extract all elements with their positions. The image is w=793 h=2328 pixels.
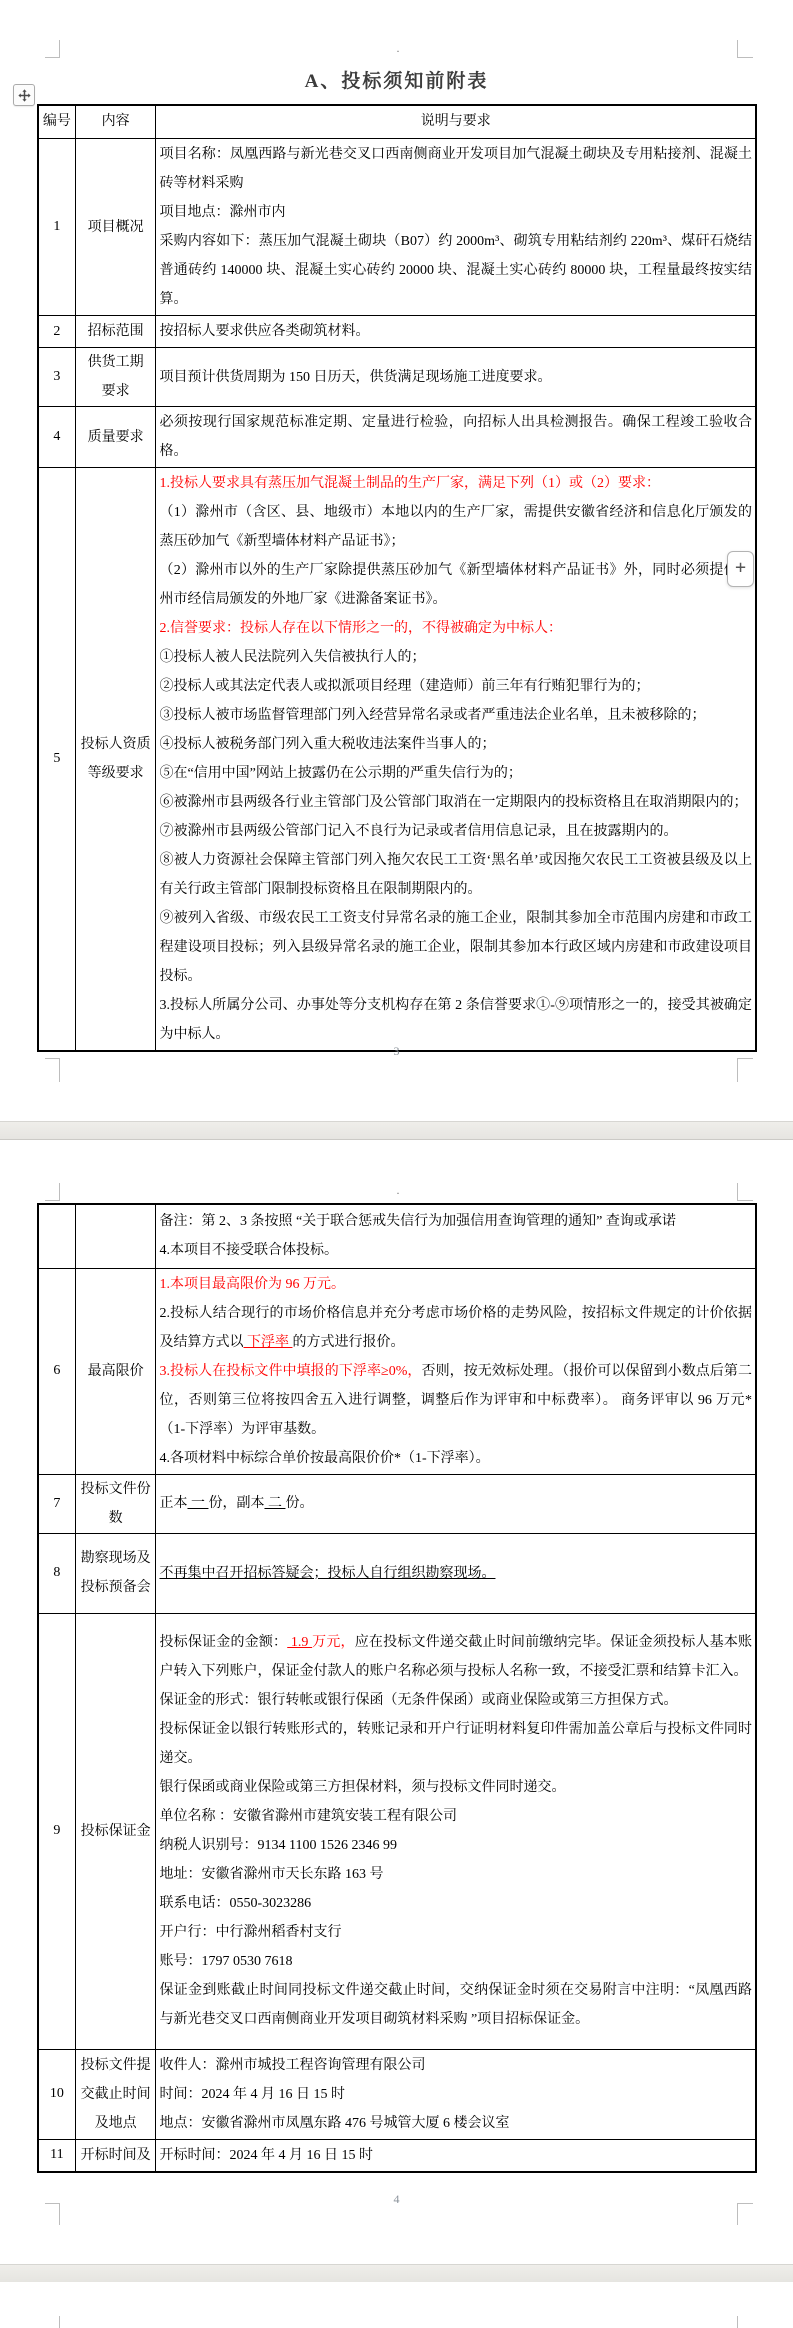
- row-label: [75, 1204, 156, 1268]
- text-segment: 3.投标人所属分公司、办事处等分支机构存在第 2 条信誉要求①-⑨项情形之一的，…: [159, 998, 752, 1042]
- table-row: 5投标人资质 等级要求1.投标人要求具有蒸压加气混凝土制品的生产厂家，满足下列（…: [38, 468, 756, 1052]
- bid-notice-table-continued: 备注：第 2、3 条按照 “关于联合惩戒失信行为加强信用查询管理的通知” 查询或…: [37, 1203, 757, 2173]
- text-segment: ③投标人被市场监督管理部门列入经营异常名录或者严重违法企业名单，且未被移除的；: [159, 708, 705, 723]
- page-separator: [0, 2264, 793, 2283]
- highlighted-red-text: 2.信誉要求：投标人存在以下情形之一的，不得被确定为中标人：: [159, 621, 562, 636]
- text-segment: 份。: [285, 1496, 313, 1511]
- content-paragraph: ⑤在“信用中国”网站上披露仍在公示期的严重失信行为的；: [159, 759, 752, 788]
- content-paragraph: 联系电话：0550-3023286: [159, 1889, 752, 1918]
- highlighted-red-text: 1.投标人要求具有蒸压加气混凝土制品的生产厂家，满足下列（1）或（2）要求：: [159, 476, 660, 491]
- crop-mark: [737, 40, 738, 57]
- page-number: 4: [0, 2192, 793, 2207]
- row-number: 4: [38, 407, 75, 468]
- highlighted-red-text: 1.9: [287, 1635, 312, 1650]
- row-description: 开标时间：2024 年 4 月 16 日 15 时: [156, 2139, 756, 2172]
- crop-mark: [737, 57, 753, 58]
- content-paragraph: 2.信誉要求：投标人存在以下情形之一的，不得被确定为中标人：: [159, 614, 752, 643]
- content-paragraph: 时间：2024 年 4 月 16 日 15 时: [159, 2080, 752, 2109]
- text-segment: 必须按现行国家规范标准定期、定量进行检验，向招标人出具检测报告。确保工程竣工验收…: [159, 415, 752, 459]
- table-row: 10投标文件提 交截止时间 及地点收件人：滁州市城投工程咨询管理有限公司时间：2…: [38, 2049, 756, 2139]
- content-paragraph: ⑥被滁州市县两级各行业主管部门及公管部门取消在一定期限内的投标资格且在取消期限内…: [159, 788, 752, 817]
- stray-dot: .: [392, 42, 404, 54]
- text-segment: ⑥被滁州市县两级各行业主管部门及公管部门取消在一定期限内的投标资格且在取消期限内…: [159, 795, 747, 810]
- content-paragraph: 地址：安徽省滁州市天长东路 163 号: [159, 1860, 752, 1889]
- text-segment: （2）滁州市以外的生产厂家除提供蒸压砂加气《新型墙体材料产品证书》外，同时必须提…: [159, 563, 752, 607]
- row-label: 投标保证金: [75, 1613, 156, 2049]
- text-segment: 二: [264, 1496, 285, 1511]
- text-segment: 单位名称 ：安徽省滁州市建筑安装工程有限公司: [159, 1809, 457, 1824]
- text-segment: 纳税人识别号：9134 1100 1526 2346 99: [159, 1838, 396, 1853]
- page-title: A、投标须知前附表: [0, 66, 793, 93]
- content-paragraph: 投标保证金以银行转账形式的，转账记录和开户行证明材料复印件需加盖公章后与投标文件…: [159, 1715, 752, 1773]
- page-number: 3: [0, 1044, 793, 1059]
- content-paragraph: 开户行：中行滁州稻香村支行: [159, 1918, 752, 1947]
- text-segment: ⑤在“信用中国”网站上披露仍在公示期的严重失信行为的；: [159, 766, 521, 781]
- content-paragraph: 开标时间：2024 年 4 月 16 日 15 时: [159, 2141, 752, 2170]
- content-paragraph: ⑧被人力资源社会保障主管部门列入拖欠农民工工资‘黑名单’或因拖欠农民工工资被县级…: [159, 846, 752, 904]
- text-segment: 一: [187, 1496, 208, 1511]
- table-row: 9投标保证金投标保证金的金额： 1.9 万元，应在投标文件递交截止时间前缴纳完毕…: [38, 1613, 756, 2049]
- row-label: 质量要求: [75, 407, 156, 468]
- content-paragraph: 4.本项目不接受联合体投标。: [159, 1236, 752, 1265]
- crop-mark: [737, 1058, 738, 1082]
- text-segment: ②投标人或其法定代表人或拟派项目经理（建造师）前三年有行贿犯罪行为的；: [159, 679, 649, 694]
- content-paragraph: 2.投标人结合现行的市场价格信息并充分考虑市场价格的走势风险，按招标文件规定的计…: [159, 1299, 752, 1357]
- crop-mark: [59, 2316, 60, 2328]
- text-segment: 项目名称：凤凰西路与新光巷交叉口西南侧商业开发项目加气混凝土砌块及专用粘接剂、混…: [159, 147, 752, 191]
- highlighted-red-text: 万元，: [312, 1635, 355, 1650]
- text-segment: 地址：安徽省滁州市天长东路 163 号: [159, 1867, 383, 1882]
- row-description: 收件人：滁州市城投工程咨询管理有限公司时间：2024 年 4 月 16 日 15…: [156, 2049, 756, 2139]
- text-segment: ⑦被滁州市县两级公管部门记入不良行为记录或者信用信息记录，且在披露期内的。: [159, 824, 677, 839]
- content-paragraph: 4.各项材料中标综合单价按最高限价价*（1-下浮率）。: [159, 1444, 752, 1473]
- row-number: 8: [38, 1533, 75, 1613]
- table-row: 7投标文件份 数正本 一 份，副本 二 份。: [38, 1474, 756, 1533]
- row-description: 1.本项目最高限价为 96 万元。2.投标人结合现行的市场价格信息并充分考虑市场…: [156, 1268, 756, 1474]
- crop-mark: [737, 2316, 738, 2328]
- row-label: 勘察现场及 投标预备会: [75, 1533, 156, 1613]
- text-segment: 联系电话：0550-3023286: [159, 1896, 311, 1911]
- row-description: 投标保证金的金额： 1.9 万元，应在投标文件递交截止时间前缴纳完毕。保证金须投…: [156, 1613, 756, 2049]
- text-segment: 的方式进行报价。: [292, 1335, 404, 1350]
- row-label: 招标范围: [75, 316, 156, 348]
- text-segment: 项目地点：滁州市内: [159, 205, 285, 220]
- content-paragraph: ⑨被列入省级、市级农民工工资支付异常名录的施工企业，限制其参加全市范围内房建和市…: [159, 904, 752, 991]
- row-number: 7: [38, 1474, 75, 1533]
- row-number: 3: [38, 348, 75, 407]
- table-row: 6最高限价1.本项目最高限价为 96 万元。2.投标人结合现行的市场价格信息并充…: [38, 1268, 756, 1474]
- content-paragraph: 1.本项目最高限价为 96 万元。: [159, 1270, 752, 1299]
- row-number: 2: [38, 316, 75, 348]
- content-paragraph: 3.投标人所属分公司、办事处等分支机构存在第 2 条信誉要求①-⑨项情形之一的，…: [159, 991, 752, 1049]
- content-paragraph: （1）滁州市（含区、县、地级市）本地以内的生产厂家，需提供安徽省经济和信息化厅颁…: [159, 498, 752, 556]
- content-paragraph: 地点：安徽省滁州市凤凰东路 476 号城管大厦 6 楼会议室: [159, 2109, 752, 2138]
- text-segment: 账号：1797 0530 7618: [159, 1954, 292, 1969]
- content-paragraph: 收件人：滁州市城投工程咨询管理有限公司: [159, 2051, 752, 2080]
- table-row: 8勘察现场及 投标预备会不再集中召开招标答疑会；投标人自行组织勘察现场。: [38, 1533, 756, 1613]
- content-paragraph: 纳税人识别号：9134 1100 1526 2346 99: [159, 1831, 752, 1860]
- text-segment: 投标保证金以银行转账形式的，转账记录和开户行证明材料复印件需加盖公章后与投标文件…: [159, 1722, 752, 1766]
- crop-mark: [45, 1200, 60, 1201]
- text-segment: 保证金的形式：银行转帐或银行保函（无条件保函）或商业保险或第三方担保方式。: [159, 1693, 677, 1708]
- crop-mark: [59, 40, 60, 57]
- content-paragraph: （2）滁州市以外的生产厂家除提供蒸压砂加气《新型墙体材料产品证书》外，同时必须提…: [159, 556, 752, 614]
- content-paragraph: 投标保证金的金额： 1.9 万元，应在投标文件递交截止时间前缴纳完毕。保证金须投…: [159, 1628, 752, 1686]
- table-row: 2招标范围按招标人要求供应各类砌筑材料。: [38, 316, 756, 348]
- row-number: [38, 1204, 75, 1268]
- content-paragraph: 正本 一 份，副本 二 份。: [159, 1489, 752, 1518]
- row-number: 5: [38, 468, 75, 1052]
- row-description: 项目名称：凤凰西路与新光巷交叉口西南侧商业开发项目加气混凝土砌块及专用粘接剂、混…: [156, 139, 756, 316]
- text-segment: 按招标人要求供应各类砌筑材料。: [159, 324, 369, 339]
- text-segment: 备注：第 2、3 条按照 “关于联合惩戒失信行为加强信用查询管理的通知” 查询或…: [159, 1214, 675, 1229]
- word-processor-viewport: { "title": "A、投标须知前附表", "pages": { "page…: [0, 0, 793, 2328]
- content-paragraph: 单位名称 ：安徽省滁州市建筑安装工程有限公司: [159, 1802, 752, 1831]
- row-label: 开标时间及: [75, 2139, 156, 2172]
- crop-mark: [59, 1058, 60, 1082]
- content-paragraph: 1.投标人要求具有蒸压加气混凝土制品的生产厂家，满足下列（1）或（2）要求：: [159, 469, 752, 498]
- text-segment: 收件人：滁州市城投工程咨询管理有限公司: [159, 2058, 425, 2073]
- highlighted-red-text: 3.投标人在投标文件中填报的下浮率≥0%，: [159, 1364, 421, 1379]
- text-segment: 不再集中召开招标答疑会；投标人自行组织勘察现场。: [159, 1566, 495, 1581]
- text-segment: ①投标人被人民法院列入失信被执行人的；: [159, 650, 425, 665]
- text-segment: ⑧被人力资源社会保障主管部门列入拖欠农民工工资‘黑名单’或因拖欠农民工工资被县级…: [159, 853, 752, 897]
- row-label: 投标人资质 等级要求: [75, 468, 156, 1052]
- content-paragraph: 备注：第 2、3 条按照 “关于联合惩戒失信行为加强信用查询管理的通知” 查询或…: [159, 1207, 752, 1236]
- row-number: 11: [38, 2139, 75, 2172]
- content-paragraph: 项目预计供货周期为 150 日历天，供货满足现场施工进度要求。: [159, 363, 752, 392]
- row-description: 必须按现行国家规范标准定期、定量进行检验，向招标人出具检测报告。确保工程竣工验收…: [156, 407, 756, 468]
- row-number: 1: [38, 139, 75, 316]
- row-description: 正本 一 份，副本 二 份。: [156, 1474, 756, 1533]
- table-row: 备注：第 2、3 条按照 “关于联合惩戒失信行为加强信用查询管理的通知” 查询或…: [38, 1204, 756, 1268]
- row-label: 投标文件份 数: [75, 1474, 156, 1533]
- content-paragraph: 采购内容如下：蒸压加气混凝土砌块（B07）约 2000m³、砌筑专用粘结剂约 2…: [159, 227, 752, 314]
- content-paragraph: 银行保函或商业保险或第三方担保材料，须与投标文件同时递交。: [159, 1773, 752, 1802]
- text-segment: 开标时间：2024 年 4 月 16 日 15 时: [159, 2148, 373, 2163]
- text-segment: ⑨被列入省级、市级农民工工资支付异常名录的施工企业，限制其参加全市范围内房建和市…: [159, 911, 752, 984]
- page-separator: [0, 1121, 793, 1140]
- text-segment: 银行保函或商业保险或第三方担保材料，须与投标文件同时递交。: [159, 1780, 565, 1795]
- row-description: 1.投标人要求具有蒸压加气混凝土制品的生产厂家，满足下列（1）或（2）要求：（1…: [156, 468, 756, 1052]
- content-paragraph: 保证金的形式：银行转帐或银行保函（无条件保函）或商业保险或第三方担保方式。: [159, 1686, 752, 1715]
- row-label: 最高限价: [75, 1268, 156, 1474]
- text-segment: 开户行：中行滁州稻香村支行: [159, 1925, 341, 1940]
- content-paragraph: ⑦被滁州市县两级公管部门记入不良行为记录或者信用信息记录，且在披露期内的。: [159, 817, 752, 846]
- row-description: 备注：第 2、3 条按照 “关于联合惩戒失信行为加强信用查询管理的通知” 查询或…: [156, 1204, 756, 1268]
- content-paragraph: 保证金到账截止时间同投标文件递交截止时间，交纳保证金时须在交易附言中注明：“凤凰…: [159, 1976, 752, 2034]
- text-segment: 保证金到账截止时间同投标文件递交截止时间，交纳保证金时须在交易附言中注明：“凤凰…: [159, 1983, 752, 2027]
- highlighted-red-text: 1.本项目最高限价为 96 万元。: [159, 1277, 345, 1292]
- crop-mark: [59, 1183, 60, 1200]
- row-number: 10: [38, 2049, 75, 2139]
- row-description: 不再集中召开招标答疑会；投标人自行组织勘察现场。: [156, 1533, 756, 1613]
- row-label: 投标文件提 交截止时间 及地点: [75, 2049, 156, 2139]
- text-segment: 地点：安徽省滁州市凤凰东路 476 号城管大厦 6 楼会议室: [159, 2116, 509, 2131]
- text-segment: 4.本项目不接受联合体投标。: [159, 1243, 338, 1258]
- text-segment: 份，副本: [208, 1496, 264, 1511]
- header-content: 内容: [75, 105, 156, 139]
- text-segment: 采购内容如下：蒸压加气混凝土砌块（B07）约 2000m³、砌筑专用粘结剂约 2…: [159, 234, 752, 307]
- content-paragraph: 必须按现行国家规范标准定期、定量进行检验，向招标人出具检测报告。确保工程竣工验收…: [159, 408, 752, 466]
- header-desc: 说明与要求: [156, 105, 756, 139]
- crop-mark: [737, 1200, 753, 1201]
- content-paragraph: 3.投标人在投标文件中填报的下浮率≥0%，否则，按无效标处理。（报价可以保留到小…: [159, 1357, 752, 1444]
- text-segment: 项目预计供货周期为 150 日历天，供货满足现场施工进度要求。: [159, 370, 551, 385]
- row-label: 供货工期 要求: [75, 348, 156, 407]
- table-row: 1项目概况项目名称：凤凰西路与新光巷交叉口西南侧商业开发项目加气混凝土砌块及专用…: [38, 139, 756, 316]
- stray-dot: .: [392, 1184, 404, 1196]
- row-description: 项目预计供货周期为 150 日历天，供货满足现场施工进度要求。: [156, 348, 756, 407]
- text-segment: 4.各项材料中标综合单价按最高限价价*（1-下浮率）。: [159, 1451, 489, 1466]
- crop-mark: [45, 57, 60, 58]
- text-segment: ④投标人被税务部门列入重大税收违法案件当事人的；: [159, 737, 495, 752]
- content-paragraph: 项目名称：凤凰西路与新光巷交叉口西南侧商业开发项目加气混凝土砌块及专用粘接剂、混…: [159, 140, 752, 198]
- bid-notice-table: 编号 内容 说明与要求 1项目概况项目名称：凤凰西路与新光巷交叉口西南侧商业开发…: [37, 104, 757, 1052]
- content-paragraph: 账号：1797 0530 7618: [159, 1947, 752, 1976]
- text-segment: 投标保证金的金额：: [159, 1635, 287, 1650]
- content-paragraph: 不再集中召开招标答疑会；投标人自行组织勘察现场。: [159, 1559, 752, 1588]
- row-number: 9: [38, 1613, 75, 2049]
- row-number: 6: [38, 1268, 75, 1474]
- content-paragraph: ③投标人被市场监督管理部门列入经营异常名录或者严重违法企业名单，且未被移除的；: [159, 701, 752, 730]
- document-page-2: . 备注：第 2、3 条按照 “关于联合惩戒失信行为加强信用查询管理的通知” 查…: [0, 1140, 793, 2264]
- document-page-1: . A、投标须知前附表 编号 内容 说明与要求 1项目概况项目名称：凤凰西路与新…: [0, 0, 793, 1121]
- content-paragraph: 项目地点：滁州市内: [159, 198, 752, 227]
- text-segment: 正本: [159, 1496, 187, 1511]
- table-row: 4质量要求必须按现行国家规范标准定期、定量进行检验，向招标人出具检测报告。确保工…: [38, 407, 756, 468]
- table-row: 11开标时间及开标时间：2024 年 4 月 16 日 15 时: [38, 2139, 756, 2172]
- table-header-row: 编号 内容 说明与要求: [38, 105, 756, 139]
- expand-plus-button[interactable]: +: [727, 551, 754, 587]
- content-paragraph: ①投标人被人民法院列入失信被执行人的；: [159, 643, 752, 672]
- table-row: 3供货工期 要求项目预计供货周期为 150 日历天，供货满足现场施工进度要求。: [38, 348, 756, 407]
- text-segment: （1）滁州市（含区、县、地级市）本地以内的生产厂家，需提供安徽省经济和信息化厅颁…: [159, 505, 752, 549]
- row-label: 项目概况: [75, 139, 156, 316]
- content-paragraph: ②投标人或其法定代表人或拟派项目经理（建造师）前三年有行贿犯罪行为的；: [159, 672, 752, 701]
- highlighted-red-text: 下浮率: [243, 1335, 292, 1350]
- content-paragraph: 按招标人要求供应各类砌筑材料。: [159, 317, 752, 346]
- header-no: 编号: [38, 105, 75, 139]
- text-segment: 时间：2024 年 4 月 16 日 15 时: [159, 2087, 345, 2102]
- content-paragraph: ④投标人被税务部门列入重大税收违法案件当事人的；: [159, 730, 752, 759]
- crop-mark: [737, 1183, 738, 1200]
- row-description: 按招标人要求供应各类砌筑材料。: [156, 316, 756, 348]
- document-page-3: [0, 2282, 793, 2328]
